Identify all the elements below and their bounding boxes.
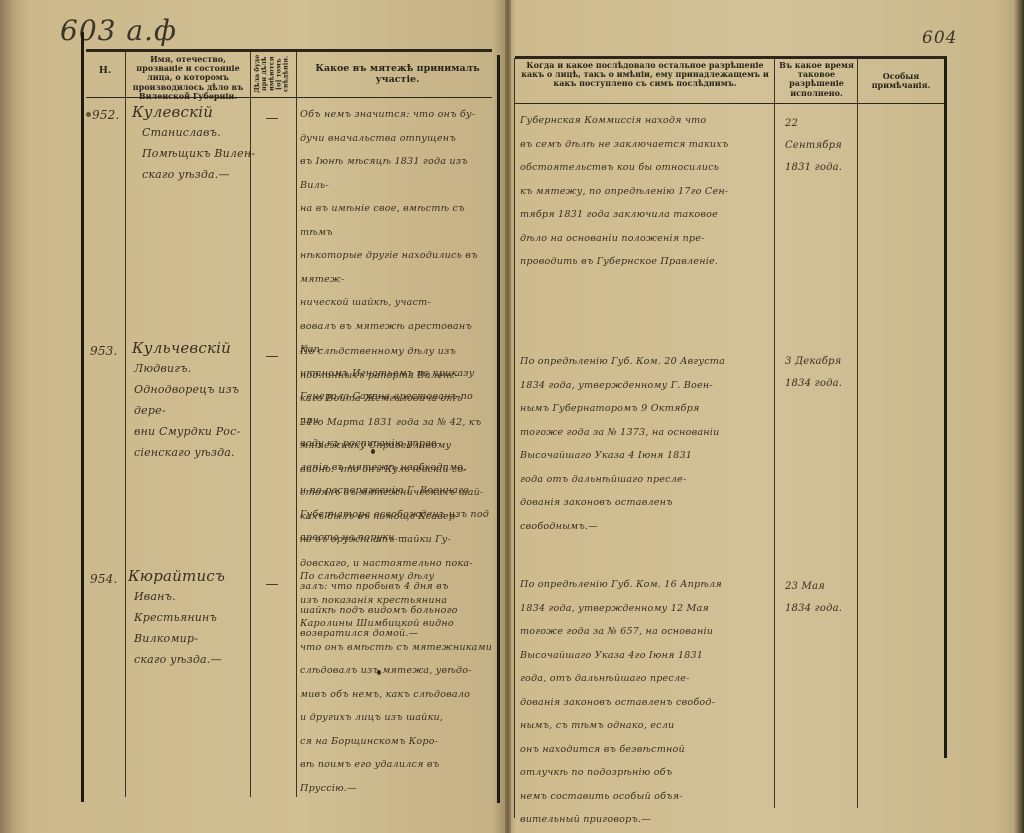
book-gutter xyxy=(505,0,511,833)
entry-number: 954. xyxy=(90,568,118,592)
header-resolution: Когда и какое послѣдовало остальное разр… xyxy=(518,61,772,89)
header-executed: Въ какое время таковое разрѣшеніе исполн… xyxy=(777,61,856,98)
folio-number-right: 604 xyxy=(922,28,957,48)
entry-resolution: Губернская Коммиссія находя что въ семъ … xyxy=(520,109,772,274)
right-margin-rule xyxy=(514,58,515,818)
right-page-end-rule xyxy=(944,58,947,758)
col-rule-resolution xyxy=(774,58,775,808)
entry-resolution: По опредѣленію Губ. Ком. 16 Апрѣля 1834 … xyxy=(520,573,772,832)
entry-participation: По слѣдственному дѣлу изъ показанія крес… xyxy=(300,565,496,800)
header-notes: Особыя примѣчанія. xyxy=(860,72,942,90)
header-top-rule-right xyxy=(515,56,947,59)
entry-number: 953. xyxy=(90,340,118,364)
header-number: Н. xyxy=(86,66,124,77)
entry-surname: Кюрайтисъ xyxy=(128,564,225,588)
col-rule-executed xyxy=(857,58,858,808)
col-rule-number xyxy=(125,52,126,797)
entry-resolution: По опредѣленію Губ. Ком. 20 Августа 1834… xyxy=(520,350,772,538)
header-participation: Какое въ мятежѣ принималъ участіе. xyxy=(300,64,495,86)
entry-surname: Кульчевскій xyxy=(132,336,231,360)
left-page-end-rule xyxy=(497,55,500,803)
entry-executed-date: 3 Декабря 1834 года. xyxy=(785,351,857,395)
ink-stain xyxy=(377,670,381,675)
entry-surname: Кулевскій xyxy=(132,100,213,124)
col-rule-case xyxy=(296,52,297,797)
entry-executed-date: 22 Сентября 1831 года. xyxy=(785,113,857,179)
ink-stain xyxy=(86,112,91,117)
entry-name-status: Иванъ. Крестьянинъ Вилкомир- скаго уѣзда… xyxy=(128,586,256,670)
entry-name-status: Станиславъ. Помѣщикъ Вилен- скаго уѣзда.… xyxy=(128,122,264,185)
case-dash xyxy=(266,584,278,585)
left-margin-rule xyxy=(81,32,84,802)
folio-number-left: 603 a.ф xyxy=(60,14,177,47)
ink-stain xyxy=(371,449,375,454)
header-name: Имя, отечество, прозваніе и состояніе ли… xyxy=(128,55,248,101)
entry-name-status: Людвигъ. Однодворецъ изъ дере- вни Смурд… xyxy=(128,358,256,463)
header-case-info: Дѣла буде при дѣлѣ имѣются [о] томъ свѣд… xyxy=(254,52,292,96)
entry-number: 952. xyxy=(92,104,120,128)
ledger-spread: 603 a.ф 604 Н. Имя, отечество, прозваніе… xyxy=(0,0,1024,833)
header-bottom-rule-right xyxy=(515,103,947,104)
case-dash xyxy=(266,118,278,119)
entry-executed-date: 23 Мая 1834 года. xyxy=(785,576,857,620)
case-dash xyxy=(266,356,278,357)
